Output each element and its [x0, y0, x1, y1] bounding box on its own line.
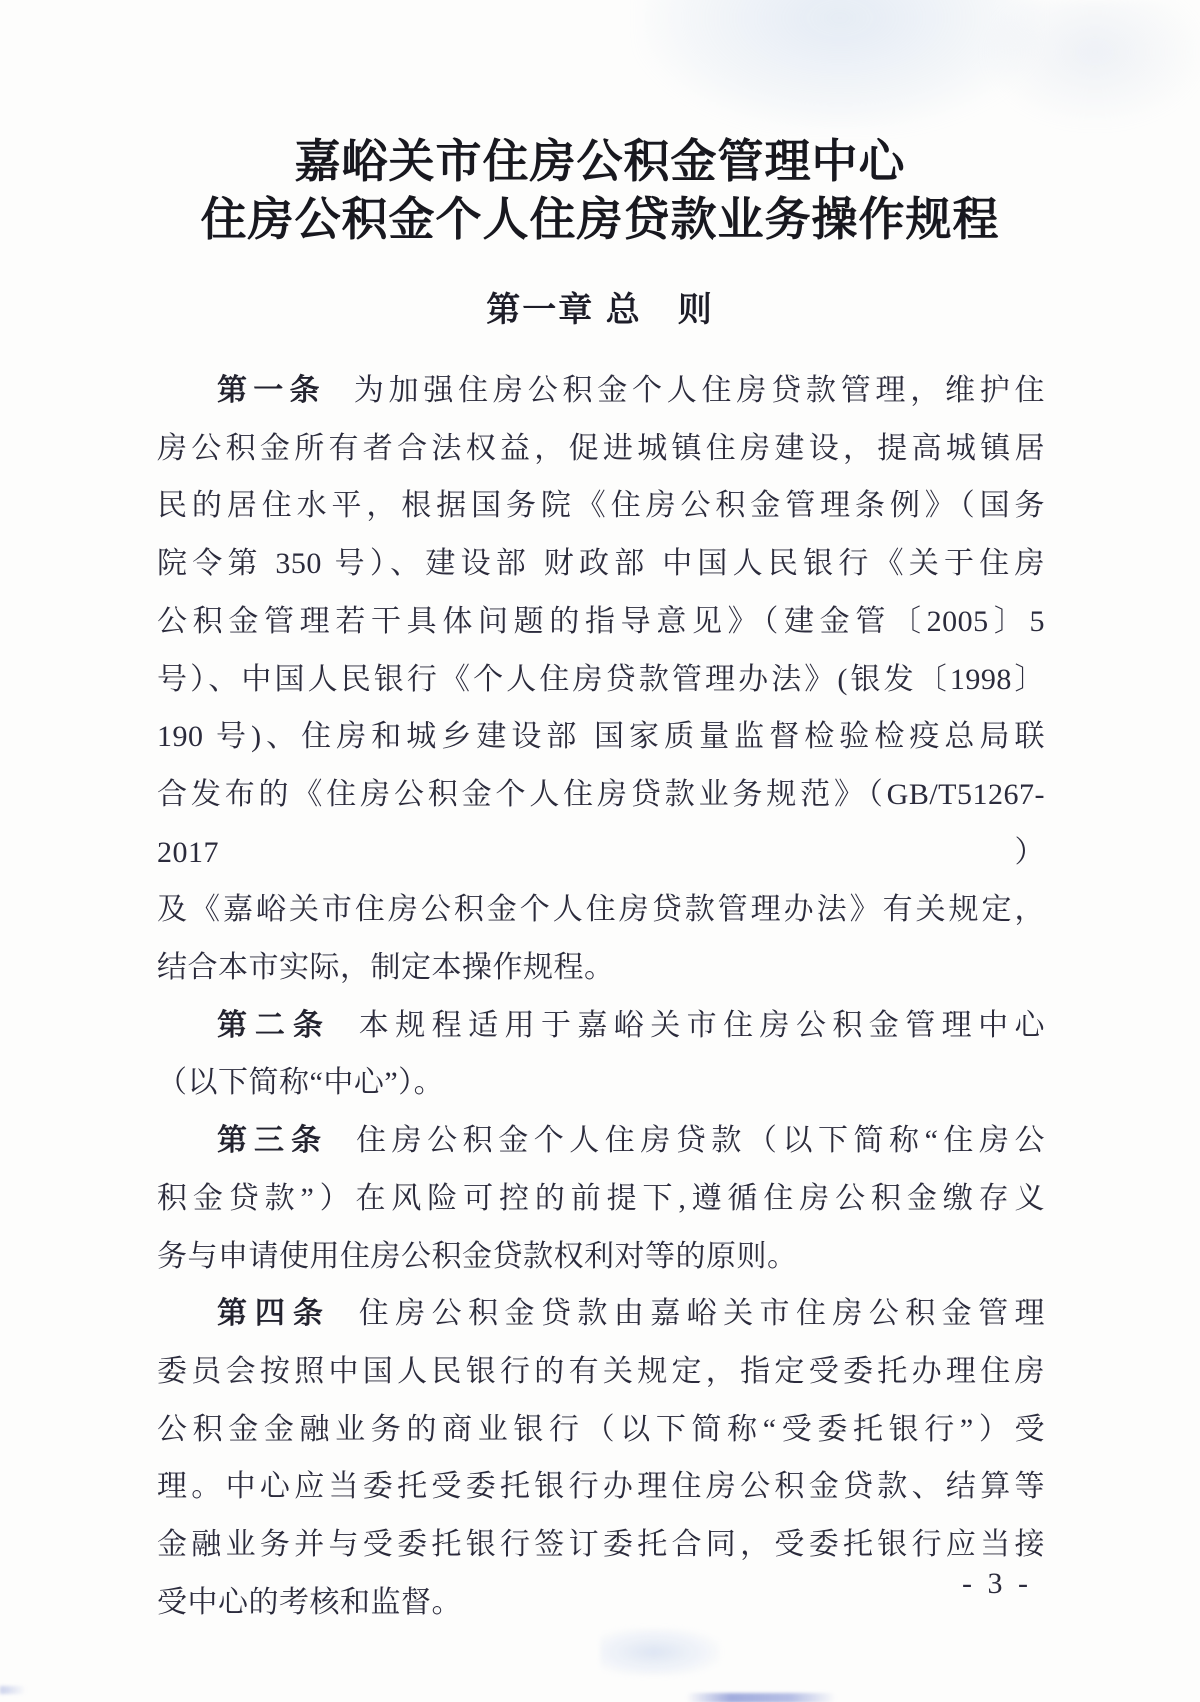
article-3-line-3: 务与申请使用住房公积金贷款权利对等的原则。: [157, 1228, 1045, 1286]
article-text: 住房公积金贷款由嘉峪关市住房公积金管理: [359, 1297, 1045, 1330]
document-body: 第一条为加强住房公积金个人住房贷款管理，维护住房公积金所有者合法权益，促进城镇住…: [157, 362, 1045, 1631]
article-1-line-10: 结合本市实际，制定本操作规程。: [157, 939, 1045, 997]
article-number: 第四条: [217, 1297, 331, 1330]
article-1-line-3: 民的居住水平，根据国务院《住房公积金管理条例》（国务: [157, 477, 1045, 535]
article-number: 第三条: [217, 1124, 328, 1157]
document-title-line2: 住房公积金个人住房贷款业务操作规程: [0, 192, 1200, 246]
article-1-line-4: 院令第 350 号）、建设部 财政部 中国人民银行《关于住房: [157, 535, 1045, 593]
article-1-line-5: 公积金管理若干具体问题的指导意见》（建金管〔2005〕5: [157, 593, 1045, 651]
article-1-line-9: 及《嘉峪关市住房公积金个人住房贷款管理办法》有关规定，: [157, 881, 1045, 939]
article-1-line-8: 合发布的《住房公积金个人住房贷款业务规范》（GB/T51267-2017）: [157, 766, 1045, 881]
article-1-line-2: 房公积金所有者合法权益，促进城镇住房建设，提高城镇居: [157, 420, 1045, 478]
scanned-document-page: 嘉峪关市住房公积金管理中心 住房公积金个人住房贷款业务操作规程 第一章 总 则 …: [0, 0, 1200, 1702]
article-text: 住房公积金个人住房贷款（以下简称“住房公: [356, 1124, 1045, 1157]
article-4-line-4: 理。中心应当委托受委托银行办理住房公积金贷款、结算等: [157, 1458, 1045, 1516]
page-footer: - 3 -: [0, 1566, 1200, 1602]
article-1-line-6: 号）、中国人民银行《个人住房贷款管理办法》(银发〔1998〕: [157, 651, 1045, 709]
scan-smudge: [640, 0, 1040, 130]
article-4-line-3: 公积金金融业务的商业银行（以下简称“受委托银行”）受: [157, 1401, 1045, 1459]
document-title-line1: 嘉峪关市住房公积金管理中心: [0, 134, 1200, 188]
scan-smudge: [0, 1686, 26, 1694]
scan-smudge: [600, 1628, 720, 1676]
article-text: 为加强住房公积金个人住房贷款管理，维护住: [354, 374, 1045, 407]
article-4-line-2: 委员会按照中国人民银行的有关规定，指定受委托办理住房: [157, 1343, 1045, 1401]
page-number: - 3 -: [962, 1567, 1032, 1600]
article-2-line-1: 第二条本规程适用于嘉峪关市住房公积金管理中心: [157, 997, 1045, 1055]
article-2-line-2: （以下简称“中心”）。: [157, 1054, 1045, 1112]
article-4-line-1: 第四条住房公积金贷款由嘉峪关市住房公积金管理: [157, 1285, 1045, 1343]
article-1-line-7: 190 号)、住房和城乡建设部 国家质量监督检验检疫总局联: [157, 708, 1045, 766]
chapter-heading: 第一章 总 则: [0, 289, 1200, 331]
article-1-line-1: 第一条为加强住房公积金个人住房贷款管理，维护住: [157, 362, 1045, 420]
article-text: 本规程适用于嘉峪关市住房公积金管理中心: [359, 1009, 1045, 1042]
article-3-line-1: 第三条住房公积金个人住房贷款（以下简称“住房公: [157, 1112, 1045, 1170]
scan-smudge: [686, 1693, 836, 1702]
article-number: 第二条: [217, 1009, 331, 1042]
article-3-line-2: 积金贷款”）在风险可控的前提下,遵循住房公积金缴存义: [157, 1170, 1045, 1228]
article-number: 第一条: [217, 374, 326, 407]
scan-smudge: [980, 0, 1200, 130]
